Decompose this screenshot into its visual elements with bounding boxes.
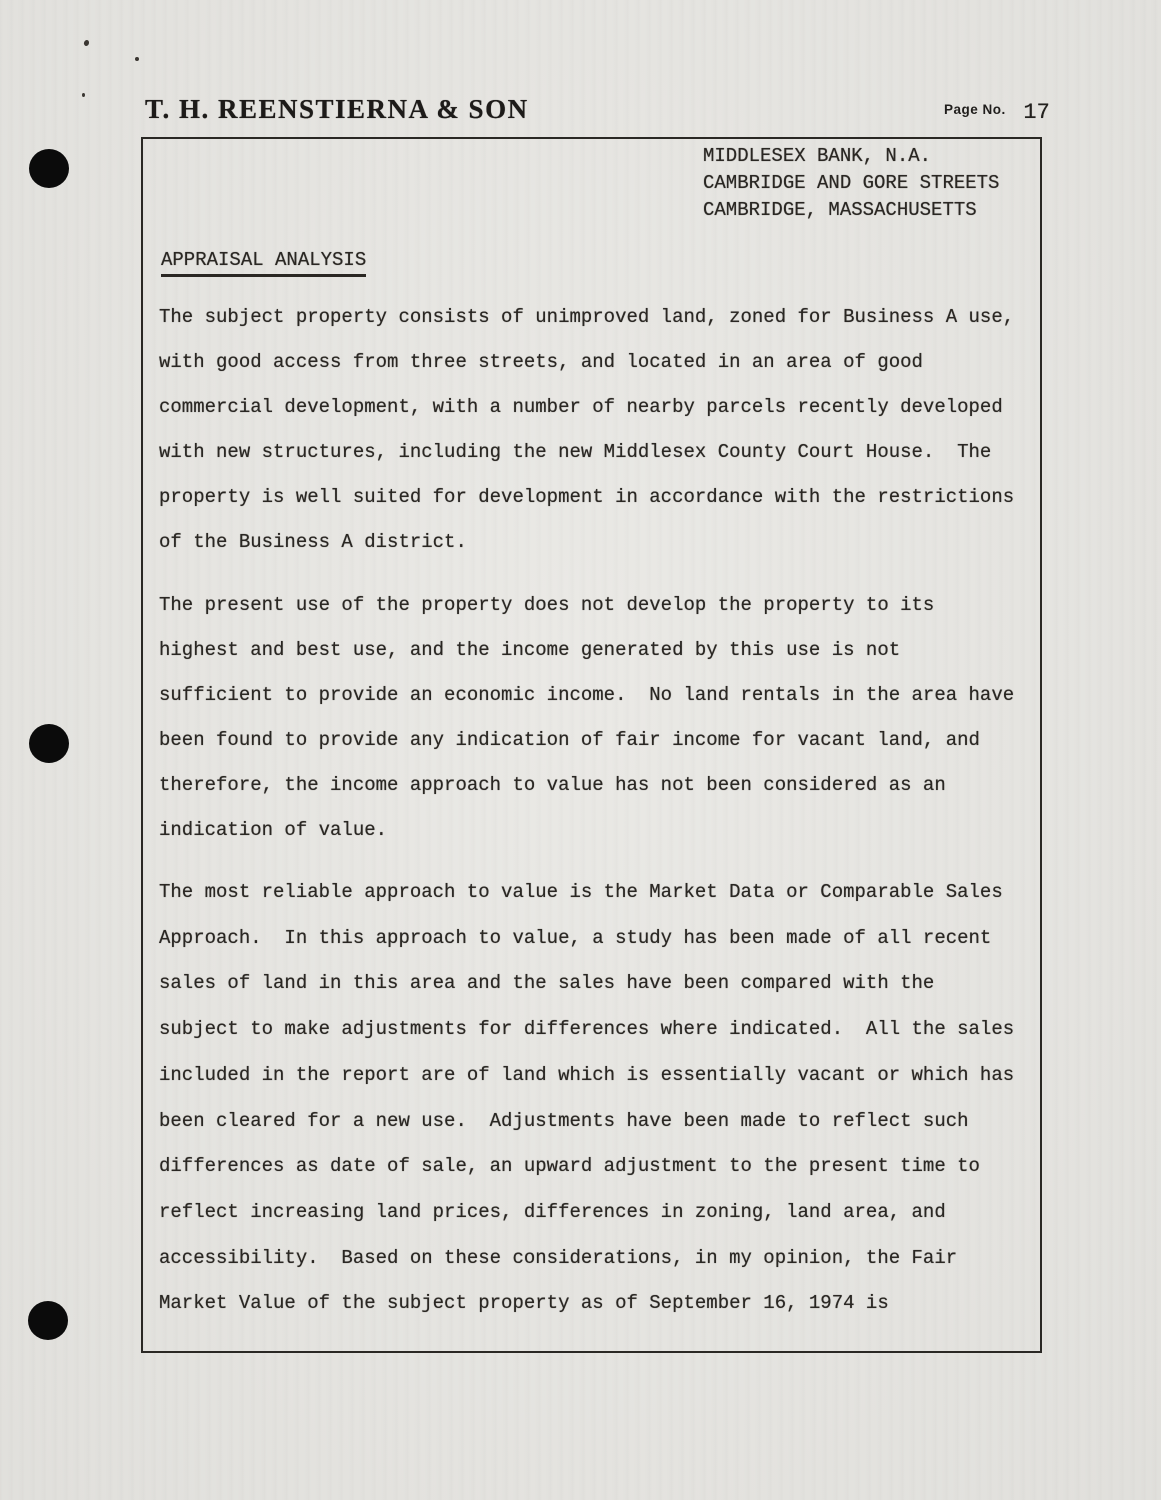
hole-punch-middle (29, 724, 69, 763)
hole-punch-bottom (28, 1301, 68, 1340)
paragraph-market-data-approach: The most reliable approach to value is t… (159, 870, 1014, 1327)
letterhead-address: MIDDLESEX BANK, N.A. CAMBRIDGE AND GORE … (703, 143, 999, 224)
scanned-page: { "document": { "header": { "company": "… (0, 0, 1161, 1500)
paragraph-income-approach: The present use of the property does not… (159, 583, 1014, 853)
ink-speck (82, 93, 85, 97)
appraisal-analysis-heading: APPRAISAL ANALYSIS (161, 247, 366, 277)
ink-speck (135, 57, 139, 61)
page-number: Page No. 17 (944, 100, 1050, 125)
ink-speck (83, 39, 90, 46)
company-name: T. H. REENSTIERNA & SON (145, 94, 529, 125)
page-number-label: Page No. (944, 102, 1006, 117)
page-number-value: 17 (1023, 100, 1049, 125)
paragraph-property-description: The subject property consists of unimpro… (159, 295, 1014, 565)
hole-punch-top (29, 149, 69, 188)
